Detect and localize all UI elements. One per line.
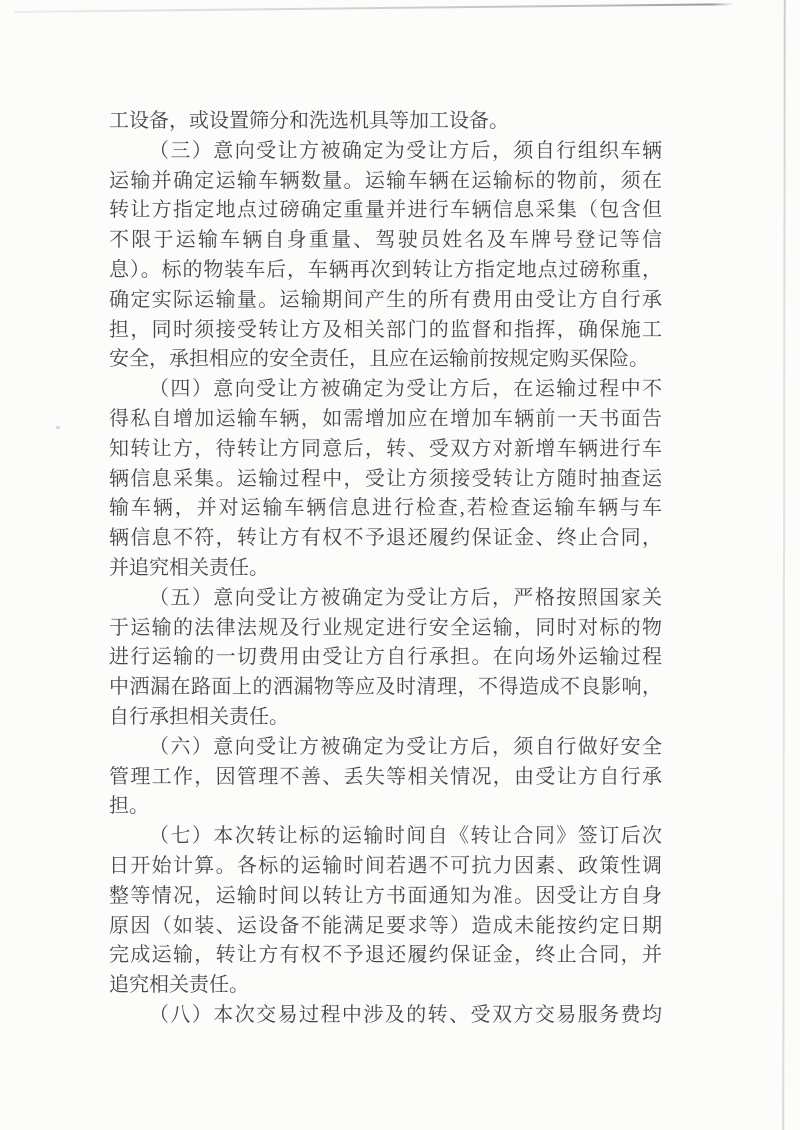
text-line: （六）意向受让方被确定为受让方后，须自行做好安全: [109, 733, 662, 763]
text-line: 工设备，或设置筛分和洗选机具等加工设备。: [109, 107, 662, 137]
text-line: 输车辆，并对运输车辆信息进行检查,若检查运输车辆与车: [109, 494, 662, 524]
text-line: 整等情况，运输时间以转让方书面通知为准。因受让方自身: [109, 882, 662, 912]
text-line: 担，同时须接受转让方及相关部门的监督和指挥，确保施工: [109, 316, 662, 346]
scan-artifact-top-edge-line: [14, 3, 734, 13]
text-line: 不限于运输车辆自身重量、驾驶员姓名及车牌号登记等信: [109, 226, 662, 256]
text-line: （七）本次转让标的运输时间自《转让合同》签订后次: [109, 822, 662, 852]
scan-artifact-dust-speck: [56, 426, 60, 429]
text-line: 原因（如装、运设备不能满足要求等）造成未能按约定日期: [109, 912, 662, 942]
text-line: （五）意向受让方被确定为受让方后，严格按照国家关: [109, 584, 662, 614]
text-line: 于运输的法律法规及行业规定进行安全运输，同时对标的物: [109, 614, 662, 644]
text-line: 得私自增加运输车辆，如需增加应在增加车辆前一天书面告: [109, 405, 662, 435]
text-line: 担。: [109, 792, 662, 822]
text-line: （四）意向受让方被确定为受让方后，在运输过程中不: [109, 375, 662, 405]
text-line: 知转让方，待转让方同意后，转、受双方对新增车辆进行车: [109, 435, 662, 465]
text-line: 辆信息采集。运输过程中，受让方须接受转让方随时抽查运: [109, 465, 662, 495]
text-line: 进行运输的一切费用由受让方自行承担。在向场外运输过程: [109, 643, 662, 673]
text-line: 自行承担相关责任。: [109, 703, 662, 733]
document-body-text: 工设备，或设置筛分和洗选机具等加工设备。（三）意向受让方被确定为受让方后，须自行…: [109, 107, 662, 1031]
text-line: （八）本次交易过程中涉及的转、受双方交易服务费均: [109, 1001, 662, 1031]
text-line: 安全，承担相应的安全责任，且应在运输前按规定购买保险。: [109, 345, 662, 375]
text-line: 完成运输，转让方有权不予退还履约保证金，终止合同，并: [109, 941, 662, 971]
text-line: 日开始计算。各标的运输时间若遇不可抗力因素、政策性调: [109, 852, 662, 882]
text-line: 息）。标的物装车后，车辆再次到转让方指定地点过磅称重，: [109, 256, 662, 286]
text-line: 辆信息不符，转让方有权不予退还履约保证金、终止合同，: [109, 524, 662, 554]
text-line: 中洒漏在路面上的洒漏物等应及时清理，不得造成不良影响，: [109, 673, 662, 703]
scanned-document-page: 工设备，或设置筛分和洗选机具等加工设备。（三）意向受让方被确定为受让方后，须自行…: [0, 0, 800, 1130]
text-line: 管理工作，因管理不善、丢失等相关情况，由受让方自行承: [109, 763, 662, 793]
text-line: 运输并确定运输车辆数量。运输车辆在运输标的物前，须在: [109, 167, 662, 197]
text-line: 转让方指定地点过磅确定重量并进行车辆信息采集（包含但: [109, 196, 662, 226]
text-line: 确定实际运输量。运输期间产生的所有费用由受让方自行承: [109, 286, 662, 316]
scan-artifact-right-edge-line: [782, 0, 786, 1130]
text-line: 并追究相关责任。: [109, 554, 662, 584]
text-line: （三）意向受让方被确定为受让方后，须自行组织车辆: [109, 137, 662, 167]
text-line: 追究相关责任。: [109, 971, 662, 1001]
